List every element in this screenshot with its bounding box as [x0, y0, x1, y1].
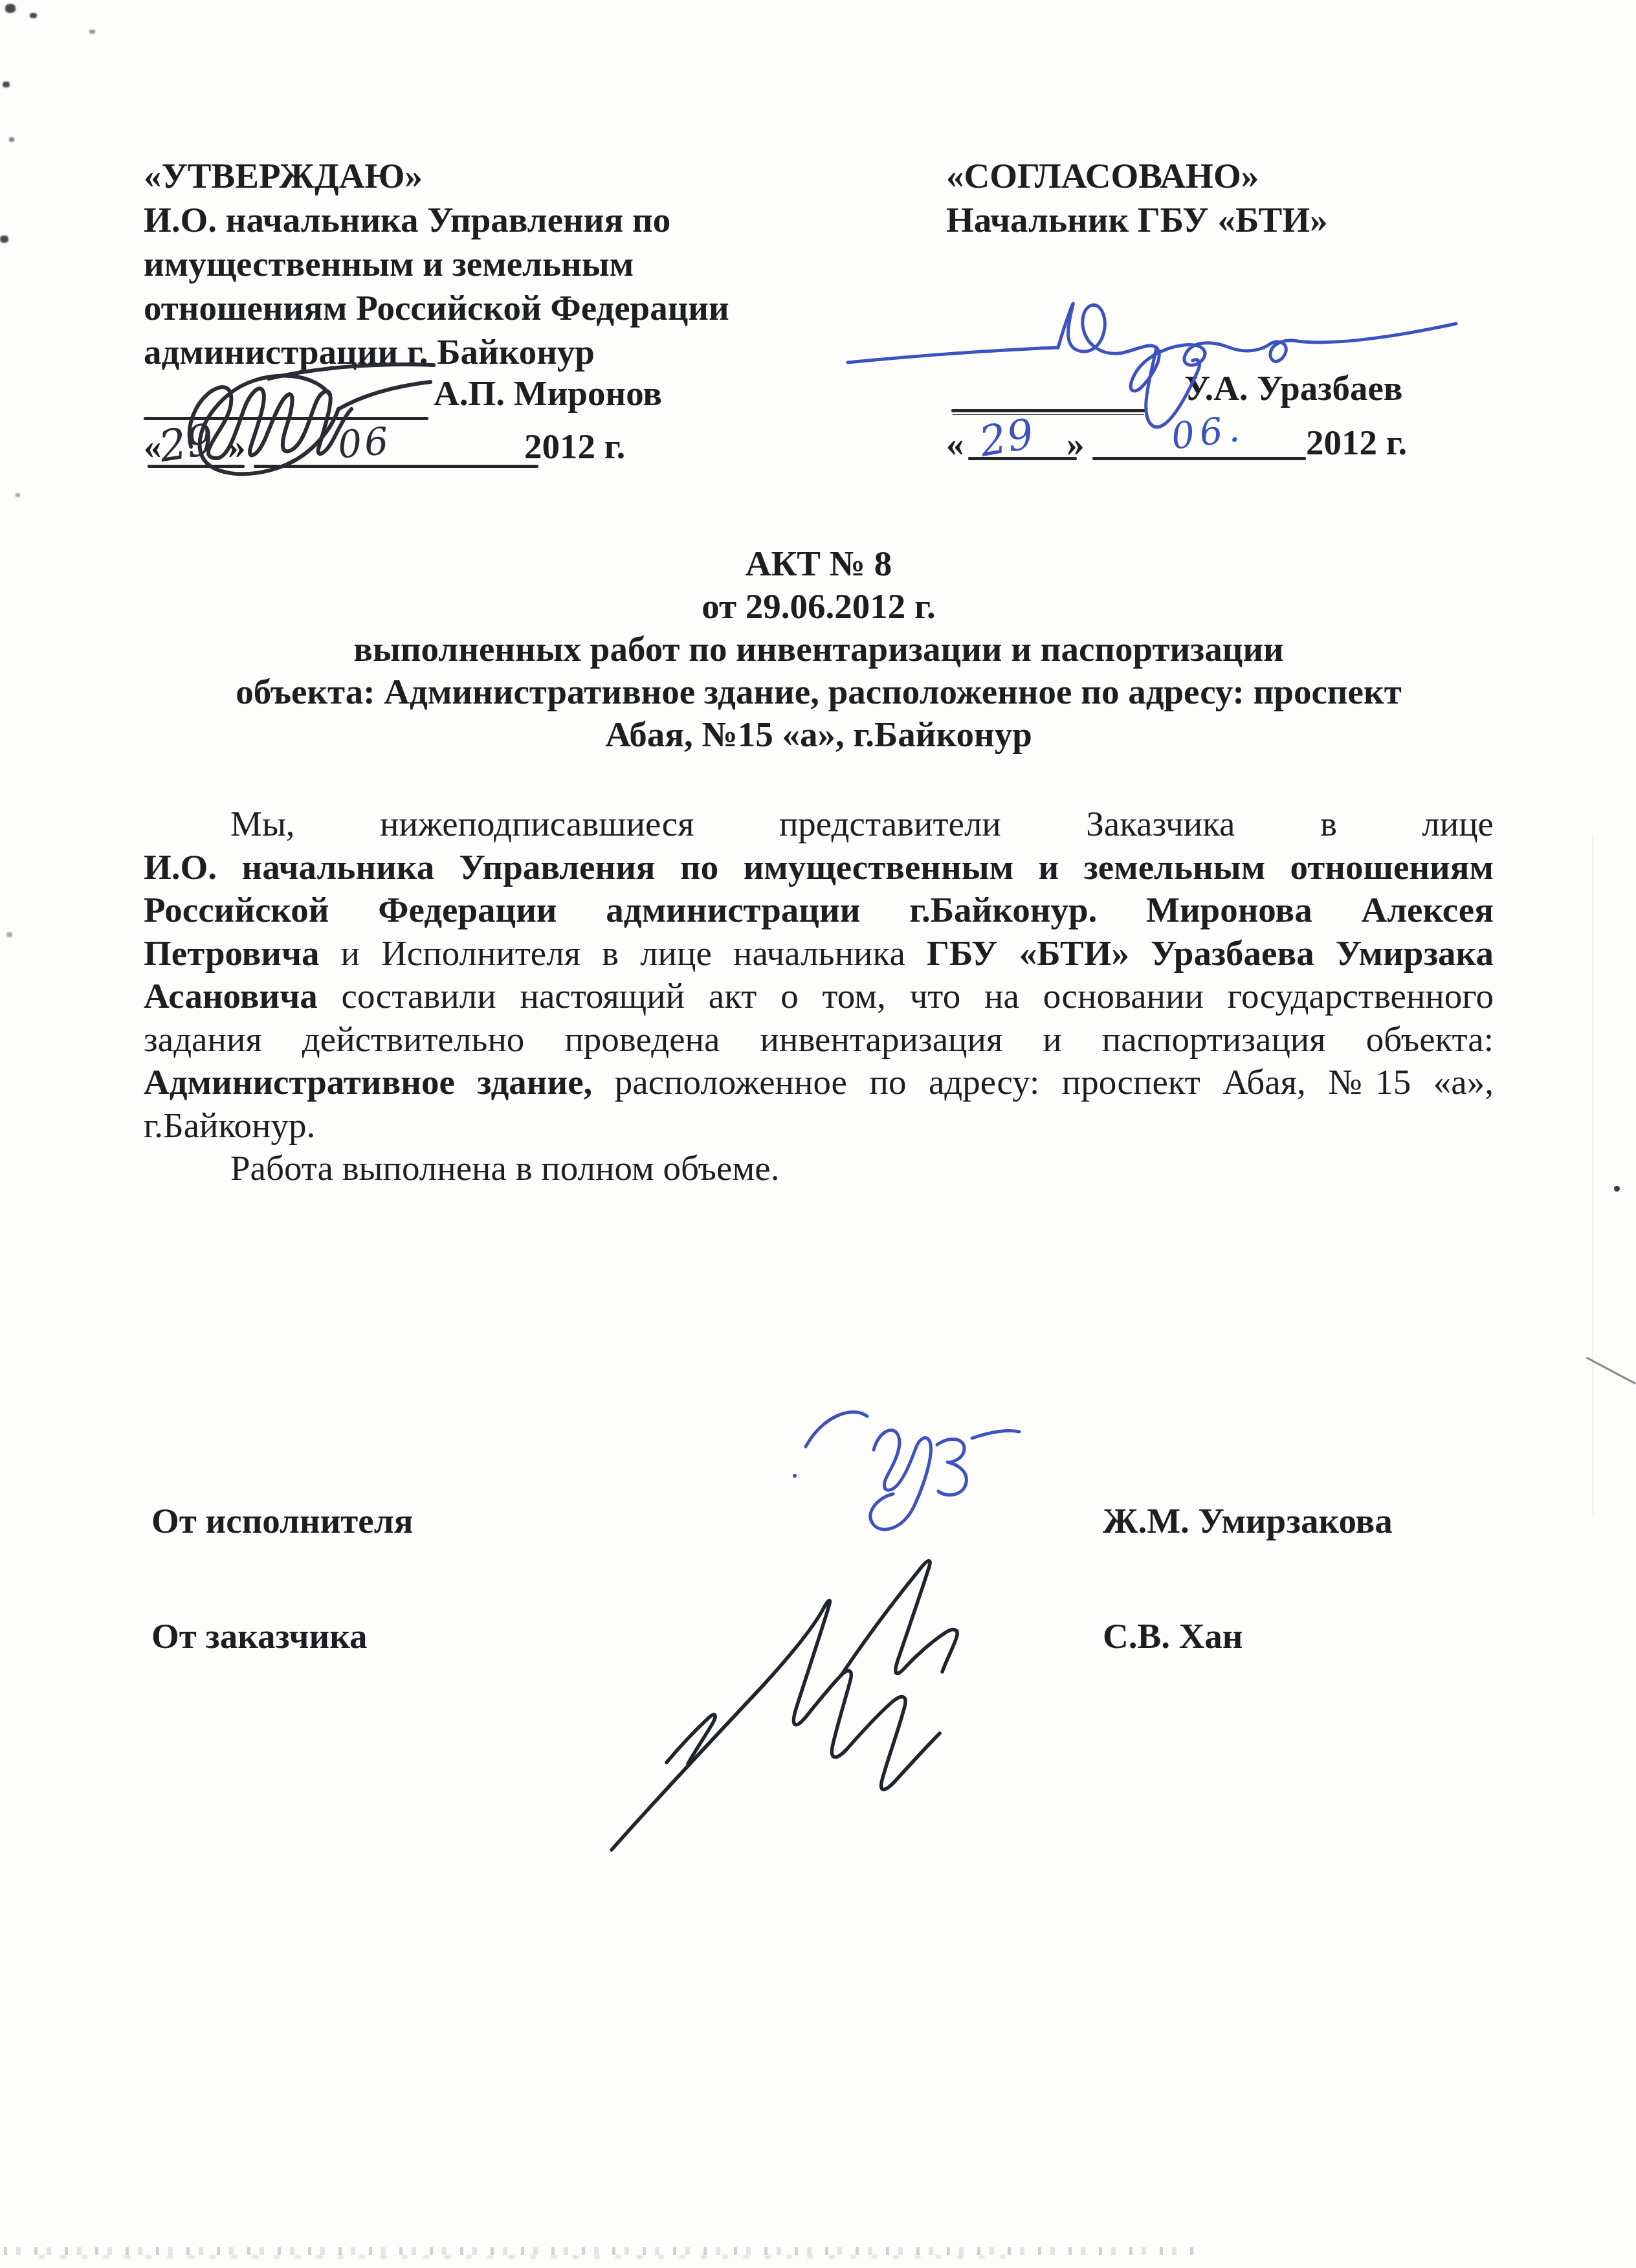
body-paragraphs: Мы, нижеподписавшиеся представители Зака… — [144, 803, 1494, 1190]
bold-text-segment: Асановича — [144, 976, 318, 1016]
scan-artifact — [0, 236, 8, 243]
approve-block: «УТВЕРЖДАЮ» И.О. начальника Управления п… — [144, 154, 729, 374]
body-text-line: Асановича составили настоящий акт о том,… — [144, 975, 1494, 1018]
scanned-act-document: «УТВЕРЖДАЮ» И.О. начальника Управления п… — [0, 0, 1636, 2268]
approve-title: «УТВЕРЖДАЮ» — [144, 154, 729, 198]
scan-artifact — [6, 932, 12, 937]
approve-line: имущественным и земельным — [144, 242, 729, 286]
text-segment: составили настоящий акт о том, что на ос… — [318, 976, 1494, 1016]
scan-artifact — [9, 137, 14, 142]
bold-text-segment: Петровича — [144, 933, 320, 973]
act-address: Абая, №15 «а», г.Байконур — [144, 713, 1494, 756]
executor-label: От исполнителя — [151, 1500, 413, 1541]
act-number: АКТ № 8 — [144, 542, 1494, 585]
scan-artifact — [4, 2247, 1201, 2255]
umirzakova-signature — [790, 1398, 1022, 1537]
scan-artifact — [3, 82, 10, 87]
bold-text-segment: И.О. начальника Управления по имуществен… — [144, 847, 1494, 887]
body-text-line: И.О. начальника Управления по имуществен… — [144, 846, 1494, 889]
act-object: объекта: Административное здание, распол… — [144, 671, 1494, 713]
date-line — [968, 457, 1077, 460]
bold-text-segment: Российской Федерации администрации г.Бай… — [144, 890, 1494, 929]
text-segment: Мы, нижеподписавшиеся представители Зака… — [230, 804, 1494, 843]
body-text-line: Российской Федерации администрации г.Бай… — [144, 889, 1494, 932]
agree-line: Начальник ГБУ «БТИ» — [946, 198, 1327, 242]
urazbaev-signature — [845, 275, 1459, 430]
body-text-line: Работа выполнена в полном объеме. — [144, 1147, 1494, 1190]
body-text-line: Петровича и Исполнителя в лице начальник… — [144, 932, 1494, 975]
scan-artifact — [1614, 1186, 1620, 1192]
approve-line: И.О. начальника Управления по — [144, 198, 729, 242]
customer-name: С.В. Хан — [1103, 1616, 1243, 1656]
date-line — [1092, 457, 1306, 460]
agree-block: «СОГЛАСОВАНО» Начальник ГБУ «БТИ» — [946, 154, 1327, 242]
body-text-line: Административное здание, расположенное п… — [144, 1061, 1494, 1104]
scan-artifact — [30, 13, 37, 18]
text-segment: расположенное по адресу: проспект Абая, … — [592, 1062, 1494, 1102]
text-segment: задания действительно проведена инвентар… — [144, 1019, 1494, 1059]
act-subject: выполненных работ по инвентаризации и па… — [144, 628, 1494, 671]
act-title-block: АКТ № 8 от 29.06.2012 г. выполненных раб… — [144, 542, 1494, 756]
body-text-line: г.Байконур. — [144, 1104, 1494, 1148]
scan-artifact — [5, 4, 16, 13]
scan-artifact — [16, 493, 20, 497]
agree-title: «СОГЛАСОВАНО» — [946, 154, 1327, 198]
scan-artifact — [1592, 835, 1593, 1515]
bold-text-segment: Административное здание, — [144, 1062, 592, 1102]
text-segment: и Исполнителя в лице начальника — [320, 933, 927, 973]
mironov-signature — [171, 350, 443, 472]
customer-label: От заказчика — [151, 1616, 368, 1656]
executor-name: Ж.М. Умирзакова — [1103, 1500, 1393, 1541]
approve-line: отношениям Российской Федерации — [144, 286, 729, 330]
scan-artifact — [39, 2255, 1010, 2259]
body-text-line: Мы, нижеподписавшиеся представители Зака… — [144, 803, 1494, 846]
bold-text-segment: ГБУ «БТИ» Уразбаева Умирзака — [927, 933, 1494, 973]
text-segment: г.Байконур. — [144, 1106, 315, 1145]
scan-artifact — [89, 30, 95, 34]
date-year: 2012 г. — [524, 426, 625, 467]
act-date: от 29.06.2012 г. — [144, 585, 1494, 628]
text-segment: Работа выполнена в полном объеме. — [230, 1148, 779, 1188]
khan-signature — [582, 1539, 1010, 1856]
body-text-line: задания действительно проведена инвентар… — [144, 1018, 1494, 1062]
approve-signatory-name: А.П. Миронов — [434, 373, 662, 414]
scan-artifact — [1586, 1357, 1636, 1384]
